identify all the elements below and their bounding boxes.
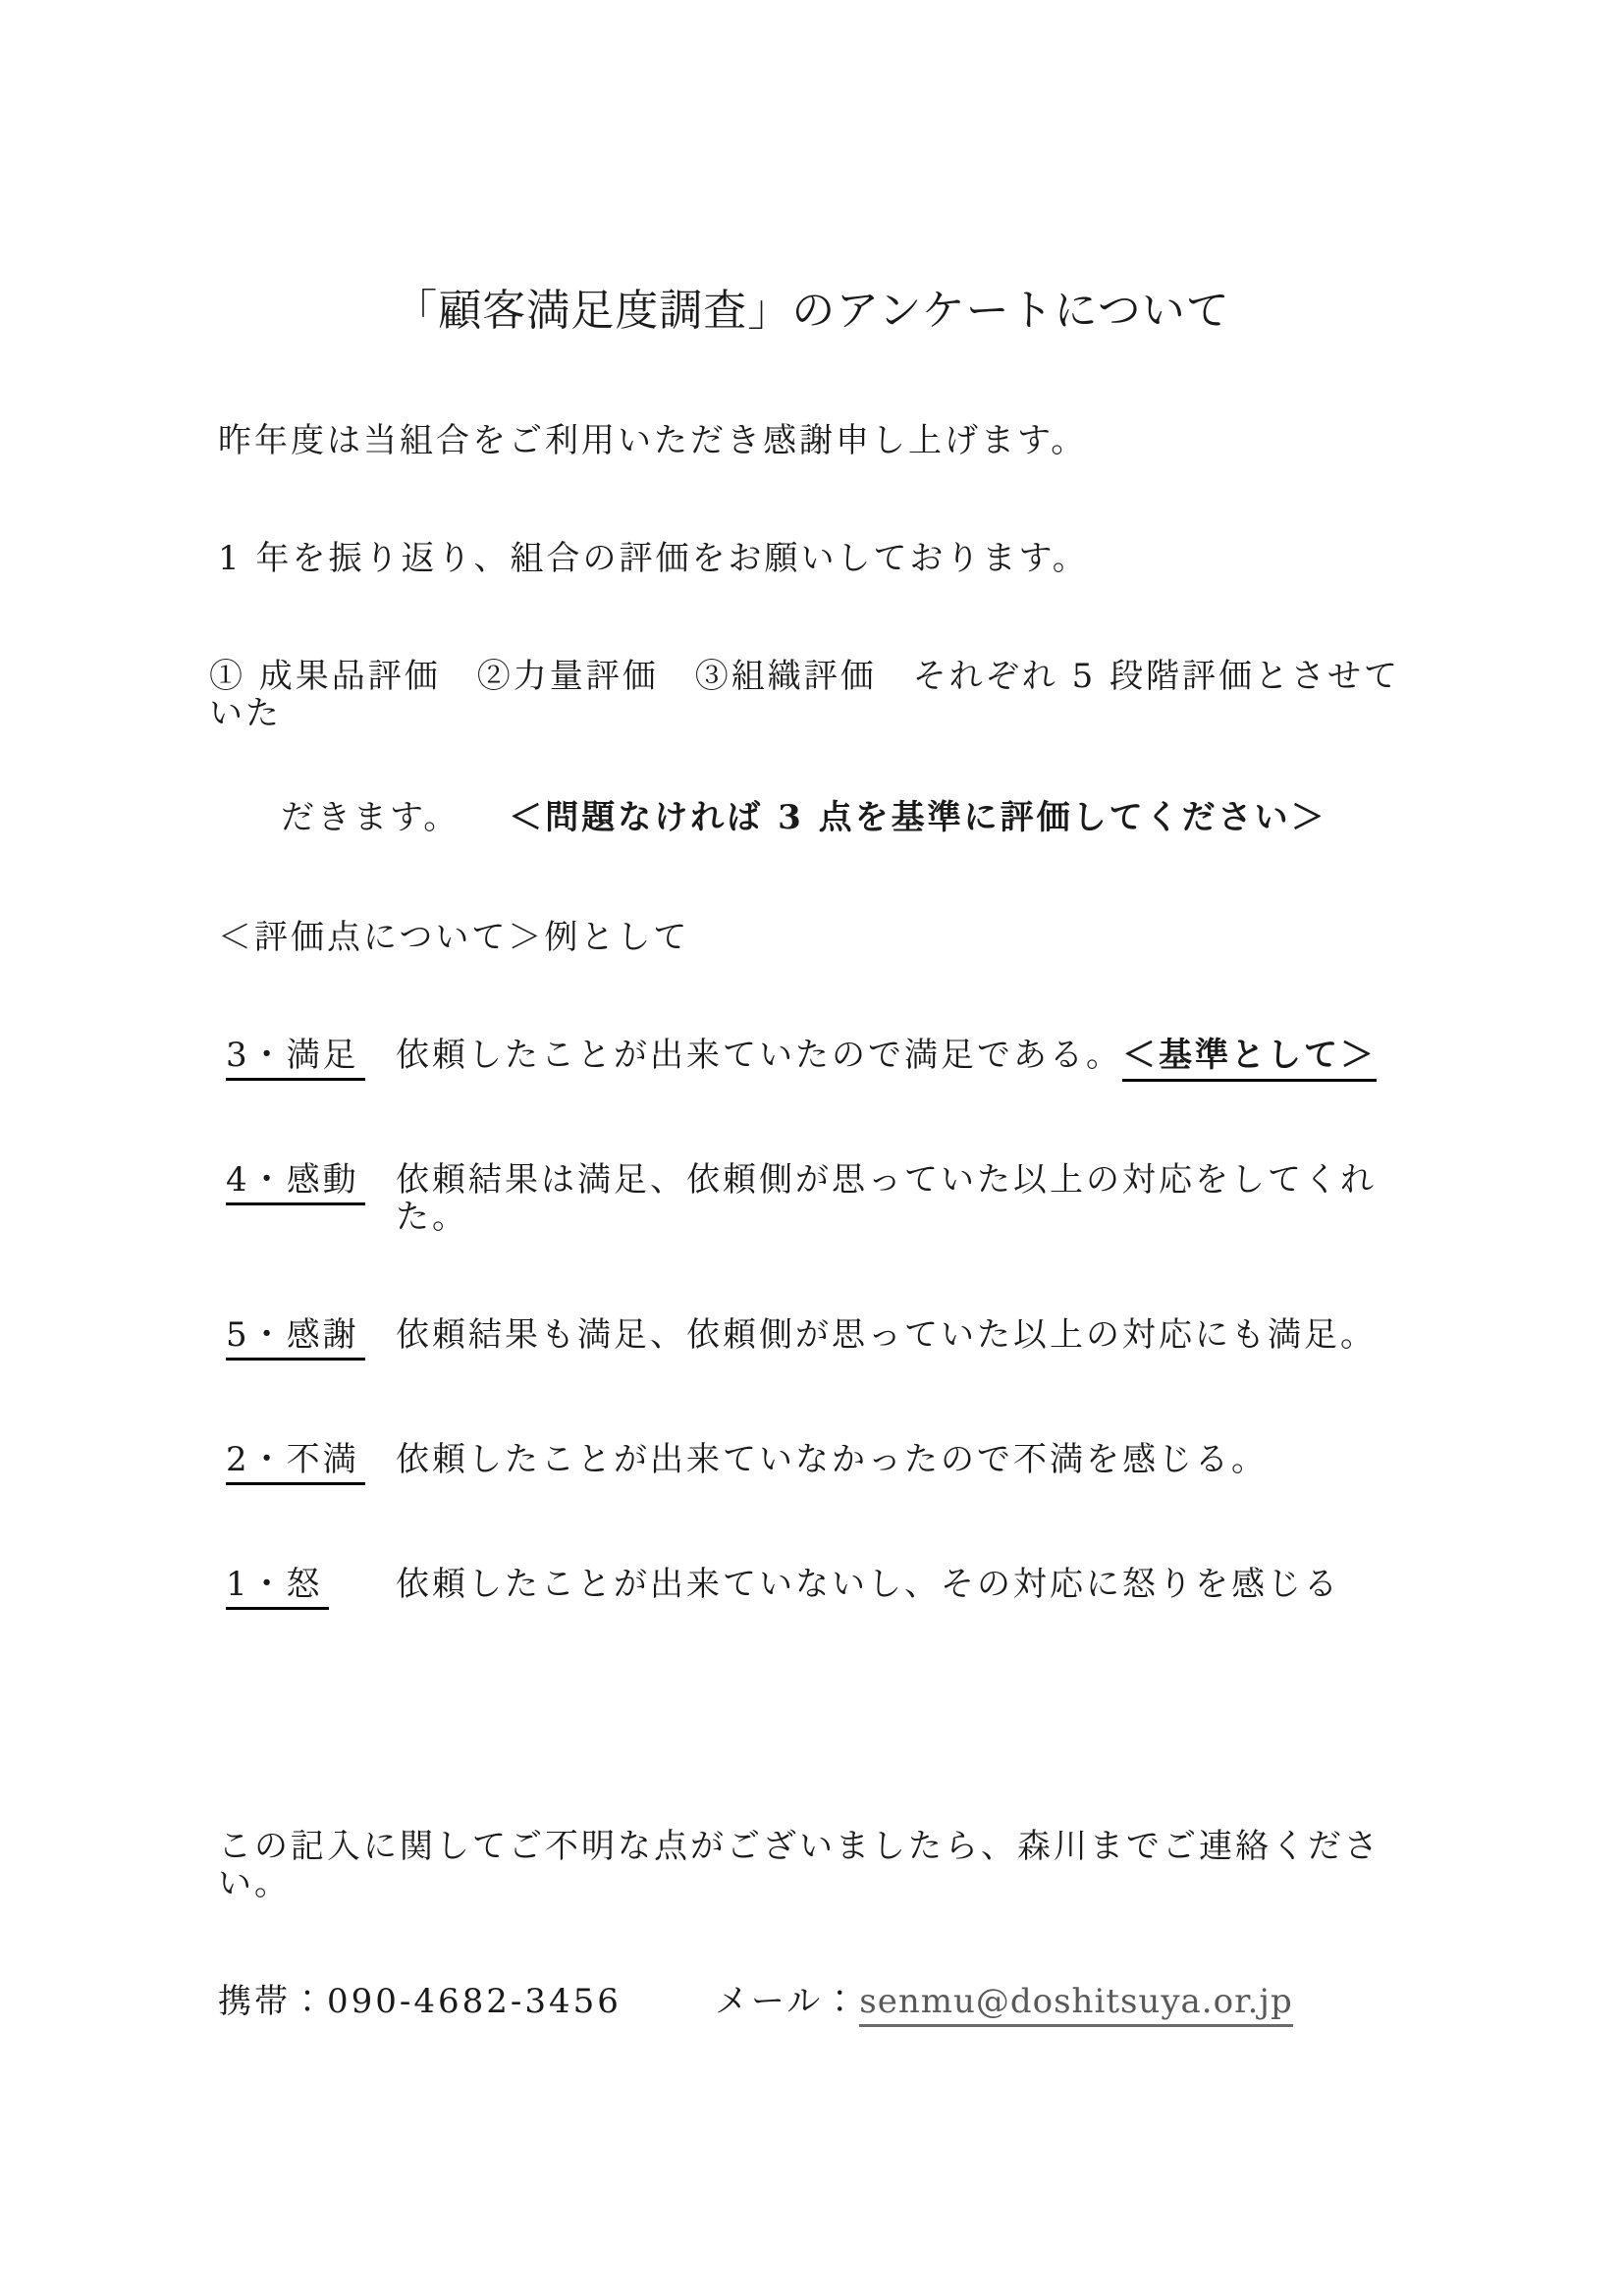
rating-label-box: 1・怒 [226,1566,396,1610]
rating-row-1-angry: 1・怒 依頼したことが出来ていないし、その対応に怒りを感じる [226,1566,1406,1610]
rating-label-box: 3・満足 [226,1037,396,1081]
rating-label: 3・満足 [226,1037,365,1081]
survey-notice-document: 「顧客満足度調査」のアンケートについて 昨年度は当組合をご利用いただき感謝申し上… [0,0,1624,2296]
rating-description: 依頼したことが出来ていなかったので不満を感じる。 [396,1441,1268,1478]
contact-note: この記入に関してご不明な点がございましたら、森川までご連絡ください。 [218,1828,1406,1902]
evaluation-items-line: ① 成果品評価 ②力量評価 ③組織評価 それぞれ 5 段階評価とさせていた [209,658,1406,732]
rating-label-box: 5・感謝 [226,1316,396,1361]
phone-number: 090-4682-3456 [327,1982,622,2021]
evaluation-items-continued: だきます。＜問題なければ 3 点を基準に評価してください＞ [281,799,1406,836]
thanks-paragraph: 昨年度は当組合をご利用いただき感謝申し上げます。 [218,422,1406,459]
rating-row-5-grateful: 5・感謝 依頼結果も満足、依頼側が思っていた以上の対応にも満足。 [226,1316,1406,1361]
rating-description: 依頼結果は満足、依頼側が思っていた以上の対応をしてくれた。 [396,1161,1406,1236]
rating-label: 2・不満 [226,1441,365,1485]
rating-description: 依頼したことが出来ていないし、その対応に怒りを感じる [396,1566,1340,1603]
contact-line: 携帯：090-4682-3456メール：senmu@doshitsuya.or.… [218,1983,1406,2020]
examples-heading: ＜評価点について＞例として [218,919,1406,956]
rating-label-box: 4・感動 [226,1161,396,1205]
rating-row-3-satisfied: 3・満足 依頼したことが出来ていたので満足である。＜基準として＞ [226,1037,1406,1081]
rating-label: 5・感謝 [226,1316,365,1361]
rating-label: 4・感動 [226,1161,365,1205]
rating-label-box: 2・不満 [226,1441,396,1485]
email-link[interactable]: senmu@doshitsuya.or.jp [859,1982,1292,2027]
baseline-marker-bold: ＜基準として＞ [1122,1036,1377,1082]
email-label: メール： [715,1982,859,2021]
phone-group: 携帯：090-4682-3456 [218,1982,622,2021]
rating-label: 1・怒 [226,1566,329,1610]
rating-scale-list: 3・満足 依頼したことが出来ていたので満足である。＜基準として＞ 4・感動 依頼… [218,1037,1406,1610]
page-title: 「顧客満足度調査」のアンケートについて [218,287,1406,336]
rating-row-4-impressed: 4・感動 依頼結果は満足、依頼側が思っていた以上の対応をしてくれた。 [226,1161,1406,1236]
rating-description: 依頼結果も満足、依頼側が思っていた以上の対応にも満足。 [396,1316,1377,1354]
phone-label: 携帯： [218,1982,327,2021]
request-paragraph: 1 年を振り返り、組合の評価をお願いしております。 [218,540,1406,577]
rating-description: 依頼したことが出来ていたので満足である。＜基準として＞ [396,1037,1377,1074]
items-line2-lead: だきます。 [281,798,460,837]
rating-description-text: 依頼したことが出来ていたので満足である。 [396,1036,1122,1075]
rating-row-2-dissatisfied: 2・不満 依頼したことが出来ていなかったので不満を感じる。 [226,1441,1406,1485]
baseline-instruction-bold: ＜問題なければ 3 点を基準に評価してください＞ [509,798,1326,837]
